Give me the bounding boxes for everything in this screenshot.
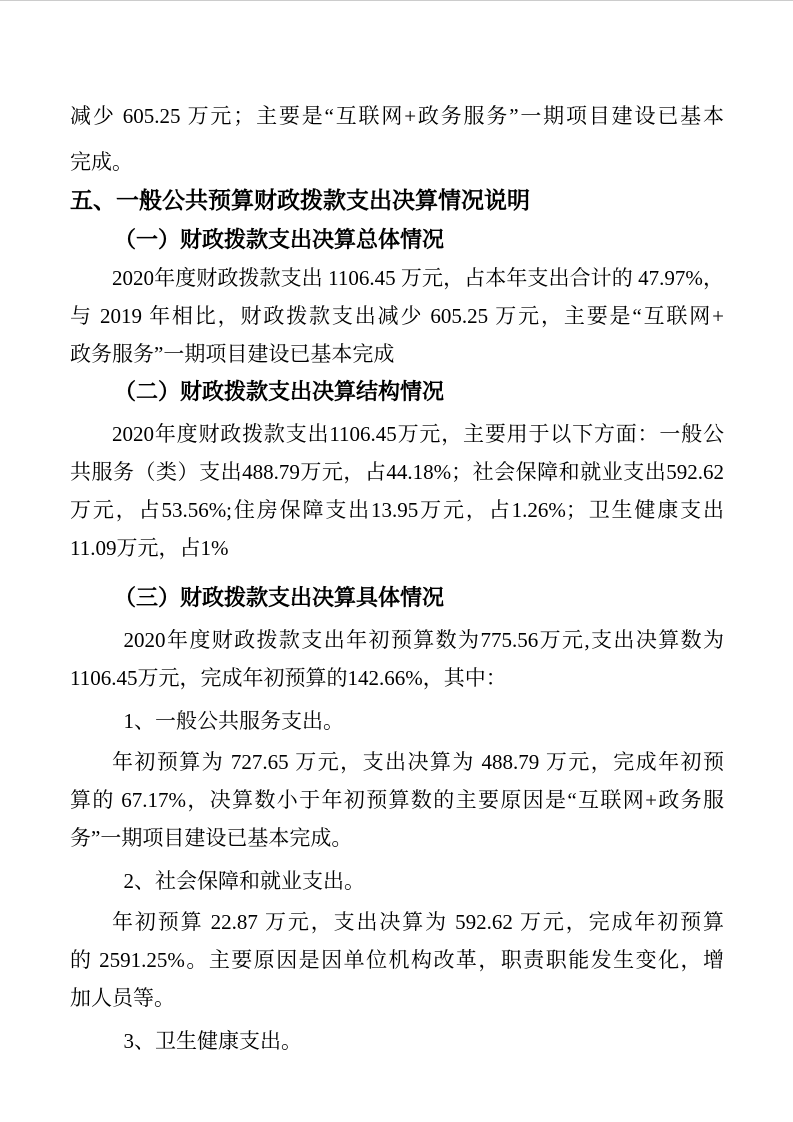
numbered-item-2: 2、社会保障和就业支出。 <box>70 862 724 900</box>
paragraph-line: 务”一期项目建设已基本完成。 <box>70 819 724 857</box>
paragraph-line: 1106.45万元，完成年初预算的142.66%，其中： <box>70 659 724 697</box>
subsection-heading-2: （二）财政拨款支出决算结构情况 <box>70 373 724 411</box>
subsection-heading-1: （一）财政拨款支出决算总体情况 <box>70 221 724 259</box>
paragraph-line: 加人员等。 <box>70 979 724 1017</box>
paragraph-line: 的 2591.25%。主要原因是因单位机构改革，职责职能发生变化，增 <box>70 941 724 979</box>
paragraph-line: 减少 605.25 万元；主要是“互联网+政务服务”一期项目建设已基本 <box>70 93 724 139</box>
paragraph-line: 11.09万元，占1% <box>70 529 724 567</box>
paragraph-item-2: 年初预算 22.87 万元，支出决算为 592.62 万元，完成年初预算 的 2… <box>70 903 724 1017</box>
paragraph-line: 2020年度财政拨款支出 1106.45 万元，占本年支出合计的 47.97%， <box>70 259 724 297</box>
numbered-item-1: 1、一般公共服务支出。 <box>70 702 724 740</box>
paragraph-structure: 2020年度财政拨款支出1106.45万元，主要用于以下方面：一般公 共服务（类… <box>70 415 724 567</box>
paragraph-line: 2020年度财政拨款支出年初预算数为775.56万元,支出决算数为 <box>70 621 724 659</box>
paragraph-carryover: 减少 605.25 万元；主要是“互联网+政务服务”一期项目建设已基本 完成。 <box>70 93 724 185</box>
paragraph-line: 2020年度财政拨款支出1106.45万元，主要用于以下方面：一般公 <box>70 415 724 453</box>
paragraph-line: 与 2019 年相比，财政拨款支出减少 605.25 万元，主要是“互联网+ <box>70 297 724 335</box>
subsection-heading-3: （三）财政拨款支出决算具体情况 <box>70 579 724 617</box>
paragraph-line: 共服务（类）支出488.79万元，占44.18%；社会保障和就业支出592.62 <box>70 453 724 491</box>
paragraph-detail: 2020年度财政拨款支出年初预算数为775.56万元,支出决算数为 1106.4… <box>70 621 724 697</box>
paragraph-overall: 2020年度财政拨款支出 1106.45 万元，占本年支出合计的 47.97%，… <box>70 259 724 373</box>
document-body: { "doc": { "p_carryover": [ "减少 605.25 万… <box>0 0 793 1122</box>
paragraph-line: 政务服务”一期项目建设已基本完成 <box>70 335 724 373</box>
section-heading-5: 五、一般公共预算财政拨款支出决算情况说明 <box>70 185 724 215</box>
paragraph-line: 年初预算 22.87 万元，支出决算为 592.62 万元，完成年初预算 <box>70 903 724 941</box>
paragraph-line: 万元，占53.56%;住房保障支出13.95万元，占1.26%；卫生健康支出 <box>70 491 724 529</box>
numbered-item-3: 3、卫生健康支出。 <box>70 1022 724 1060</box>
paragraph-line: 年初预算为 727.65 万元，支出决算为 488.79 万元，完成年初预 <box>70 743 724 781</box>
document-page: 减少 605.25 万元；主要是“互联网+政务服务”一期项目建设已基本 完成。 … <box>0 1 793 1122</box>
paragraph-line: 完成。 <box>70 139 724 185</box>
paragraph-line: 算的 67.17%，决算数小于年初预算数的主要原因是“互联网+政务服 <box>70 781 724 819</box>
paragraph-item-1: 年初预算为 727.65 万元，支出决算为 488.79 万元，完成年初预 算的… <box>70 743 724 857</box>
